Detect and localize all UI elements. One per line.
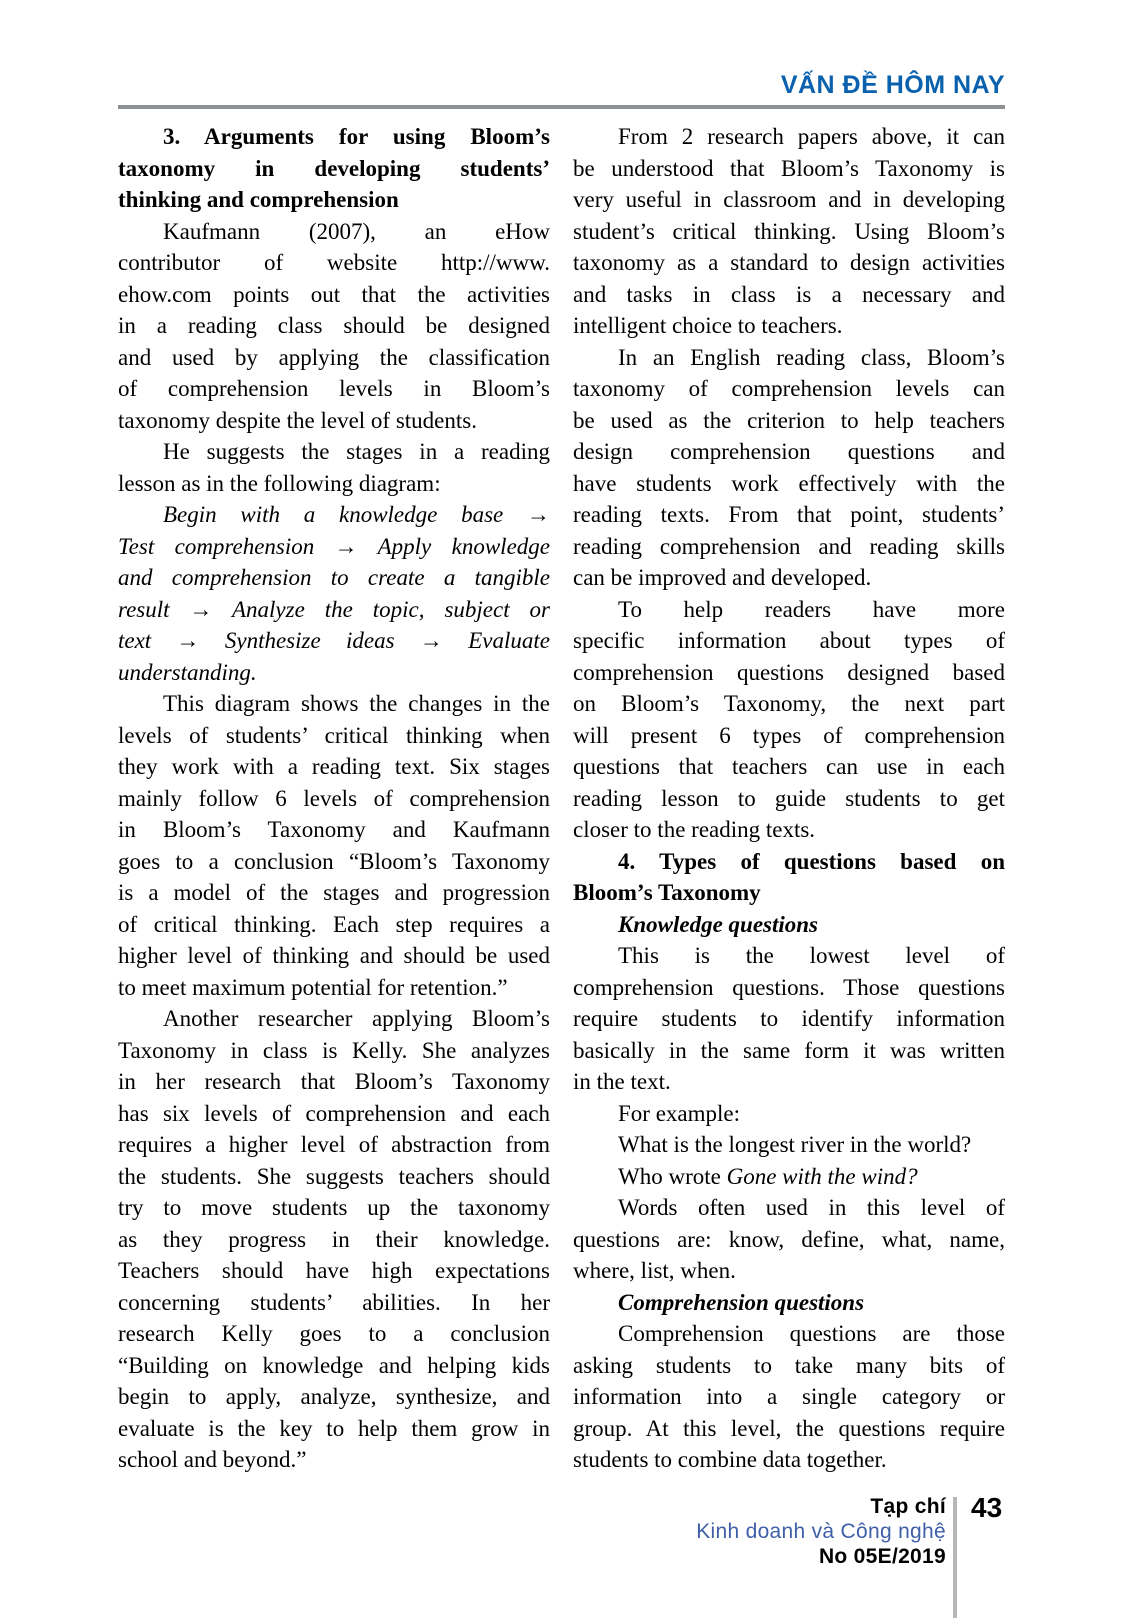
text-line: basically in the same form it was writte… xyxy=(573,1035,1005,1067)
text-line: is a model of the stages and progression xyxy=(118,877,550,909)
text-line: Words often used in this level of xyxy=(573,1192,1005,1224)
paragraph: This is the lowest level ofcomprehension… xyxy=(573,940,1005,1098)
text-line: group. At this level, the questions requ… xyxy=(573,1413,1005,1445)
text-line: will present 6 types of comprehension xyxy=(573,720,1005,752)
text-line: Taxonomy in class is Kelly. She analyzes xyxy=(118,1035,550,1067)
text-line: has six levels of comprehension and each xyxy=(118,1098,550,1130)
text-line: Comprehension questions are those xyxy=(573,1318,1005,1350)
text-line: on Bloom’s Taxonomy, the next part xyxy=(573,688,1005,720)
text-line: have students work effectively with the xyxy=(573,468,1005,500)
text-line: as they progress in their knowledge. xyxy=(118,1224,550,1256)
paragraph: From 2 research papers above, it canbe u… xyxy=(573,121,1005,342)
paragraph: What is the longest river in the world? xyxy=(573,1129,1005,1161)
text-line: Comprehension questions xyxy=(573,1287,1005,1319)
text-line: taxonomy of comprehension levels can xyxy=(573,373,1005,405)
section-heading: 3. Arguments for using Bloom’staxonomy i… xyxy=(118,121,550,216)
journal-page: VẤN ĐỀ HÔM NAY 3. Arguments for using Bl… xyxy=(0,0,1133,1618)
text-line: mainly follow 6 levels of comprehension xyxy=(118,783,550,815)
text-line: taxonomy despite the level of students. xyxy=(118,405,550,437)
text-line: intelligent choice to teachers. xyxy=(573,310,1005,342)
text-line: of comprehension levels in Bloom’s xyxy=(118,373,550,405)
text-line: 4. Types of questions based on xyxy=(573,846,1005,878)
text-line: For example: xyxy=(573,1098,1005,1130)
text-line: in Bloom’s Taxonomy and Kaufmann xyxy=(118,814,550,846)
left-column: 3. Arguments for using Bloom’staxonomy i… xyxy=(118,121,550,1476)
header-rule xyxy=(118,105,1005,109)
text-line: Kaufmann (2007), an eHow xyxy=(118,216,550,248)
journal-label: Tạp chí xyxy=(696,1494,946,1519)
text-line: levels of students’ critical thinking wh… xyxy=(118,720,550,752)
text-line: concerning students’ abilities. In her xyxy=(118,1287,550,1319)
sub-heading: Comprehension questions xyxy=(573,1287,1005,1319)
text-line: reading lesson to guide students to get xyxy=(573,783,1005,815)
text-line: To help readers have more xyxy=(573,594,1005,626)
page-number: 43 xyxy=(971,1492,1002,1524)
text-line: 3. Arguments for using Bloom’s xyxy=(118,121,550,153)
text-line: information into a single category or xyxy=(573,1381,1005,1413)
text-line: Test comprehension → Apply knowledge xyxy=(118,531,550,563)
text-line: thinking and comprehension xyxy=(118,184,550,216)
text-line: in a reading class should be designed xyxy=(118,310,550,342)
text-line: can be improved and developed. xyxy=(573,562,1005,594)
text-line: evaluate is the key to help them grow in xyxy=(118,1413,550,1445)
text-line: Another researcher applying Bloom’s xyxy=(118,1003,550,1035)
page-content: VẤN ĐỀ HÔM NAY 3. Arguments for using Bl… xyxy=(118,70,1005,1476)
text-line: contributor of website http://www. xyxy=(118,247,550,279)
text-line: to meet maximum potential for retention.… xyxy=(118,972,550,1004)
text-line: This is the lowest level of xyxy=(573,940,1005,972)
text-line: understanding. xyxy=(118,657,550,689)
paragraph: He suggests the stages in a readinglesso… xyxy=(118,436,550,499)
paragraph: Words often used in this level ofquestio… xyxy=(573,1192,1005,1287)
text-line: design comprehension questions and xyxy=(573,436,1005,468)
section-heading: 4. Types of questions based onBloom’s Ta… xyxy=(573,846,1005,909)
text-line: From 2 research papers above, it can xyxy=(573,121,1005,153)
footer-imprint: Tạp chí Kinh doanh và Công nghệ No 05E/2… xyxy=(696,1494,946,1569)
text-line: comprehension questions designed based xyxy=(573,657,1005,689)
text-line: questions are: know, define, what, name, xyxy=(573,1224,1005,1256)
text-line: Knowledge questions xyxy=(573,909,1005,941)
text-line: goes to a conclusion “Bloom’s Taxonomy xyxy=(118,846,550,878)
text-line: Begin with a knowledge base → xyxy=(118,499,550,531)
footer-divider xyxy=(953,1497,957,1618)
text-line: in the text. xyxy=(573,1066,1005,1098)
paragraph: Comprehension questions are thoseasking … xyxy=(573,1318,1005,1476)
journal-name: Kinh doanh và Công nghệ xyxy=(696,1519,946,1544)
paragraph: Begin with a knowledge base →Test compre… xyxy=(118,499,550,688)
text-line: they work with a reading text. Six stage… xyxy=(118,751,550,783)
text-line: lesson as in the following diagram: xyxy=(118,468,550,500)
text-line: result → Analyze the topic, subject or xyxy=(118,594,550,626)
text-line: “Building on knowledge and helping kids xyxy=(118,1350,550,1382)
paragraph: Another researcher applying Bloom’sTaxon… xyxy=(118,1003,550,1476)
text-line: and tasks in class is a necessary and xyxy=(573,279,1005,311)
text-line: Teachers should have high expectations xyxy=(118,1255,550,1287)
text-line: closer to the reading texts. xyxy=(573,814,1005,846)
text-line: very useful in classroom and in developi… xyxy=(573,184,1005,216)
text-line: requires a higher level of abstraction f… xyxy=(118,1129,550,1161)
text-line: taxonomy in developing students’ xyxy=(118,153,550,185)
text-line: and comprehension to create a tangible xyxy=(118,562,550,594)
text-line: begin to apply, analyze, synthesize, and xyxy=(118,1381,550,1413)
text-line: ehow.com points out that the activities xyxy=(118,279,550,311)
text-line: comprehension questions. Those questions xyxy=(573,972,1005,1004)
text-line: in her research that Bloom’s Taxonomy xyxy=(118,1066,550,1098)
text-line: require students to identify information xyxy=(573,1003,1005,1035)
paragraph: This diagram shows the changes in thelev… xyxy=(118,688,550,1003)
text-line: the students. She suggests teachers shou… xyxy=(118,1161,550,1193)
text-line: be used as the criterion to help teacher… xyxy=(573,405,1005,437)
text-line: and used by applying the classification xyxy=(118,342,550,374)
text-line: Bloom’s Taxonomy xyxy=(573,877,1005,909)
text-line: In an English reading class, Bloom’s xyxy=(573,342,1005,374)
text-line: This diagram shows the changes in the xyxy=(118,688,550,720)
section-header: VẤN ĐỀ HÔM NAY xyxy=(118,70,1005,100)
text-line: students to combine data together. xyxy=(573,1444,1005,1476)
paragraph: For example: xyxy=(573,1098,1005,1130)
text-line: asking students to take many bits of xyxy=(573,1350,1005,1382)
text-line: reading comprehension and reading skills xyxy=(573,531,1005,563)
text-line: school and beyond.” xyxy=(118,1444,550,1476)
sub-heading: Knowledge questions xyxy=(573,909,1005,941)
paragraph: To help readers have morespecific inform… xyxy=(573,594,1005,846)
article-body: 3. Arguments for using Bloom’staxonomy i… xyxy=(118,121,1005,1476)
text-line: He suggests the stages in a reading xyxy=(118,436,550,468)
text-line: research Kelly goes to a conclusion xyxy=(118,1318,550,1350)
paragraph: Kaufmann (2007), an eHowcontributor of w… xyxy=(118,216,550,437)
paragraph: Who wrote Gone with the wind? xyxy=(573,1161,1005,1193)
paragraph: In an English reading class, Bloom’staxo… xyxy=(573,342,1005,594)
issue-number: No 05E/2019 xyxy=(696,1544,946,1569)
right-column: From 2 research papers above, it canbe u… xyxy=(573,121,1005,1476)
text-line: specific information about types of xyxy=(573,625,1005,657)
text-line: reading texts. From that point, students… xyxy=(573,499,1005,531)
text-line: What is the longest river in the world? xyxy=(573,1129,1005,1161)
text-line: where, list, when. xyxy=(573,1255,1005,1287)
text-line: text → Synthesize ideas → Evaluate xyxy=(118,625,550,657)
text-line: try to move students up the taxonomy xyxy=(118,1192,550,1224)
text-line: taxonomy as a standard to design activit… xyxy=(573,247,1005,279)
text-line: higher level of thinking and should be u… xyxy=(118,940,550,972)
text-line: Who wrote Gone with the wind? xyxy=(573,1161,1005,1193)
text-line: student’s critical thinking. Using Bloom… xyxy=(573,216,1005,248)
text-line: be understood that Bloom’s Taxonomy is xyxy=(573,153,1005,185)
text-line: questions that teachers can use in each xyxy=(573,751,1005,783)
text-line: of critical thinking. Each step requires… xyxy=(118,909,550,941)
